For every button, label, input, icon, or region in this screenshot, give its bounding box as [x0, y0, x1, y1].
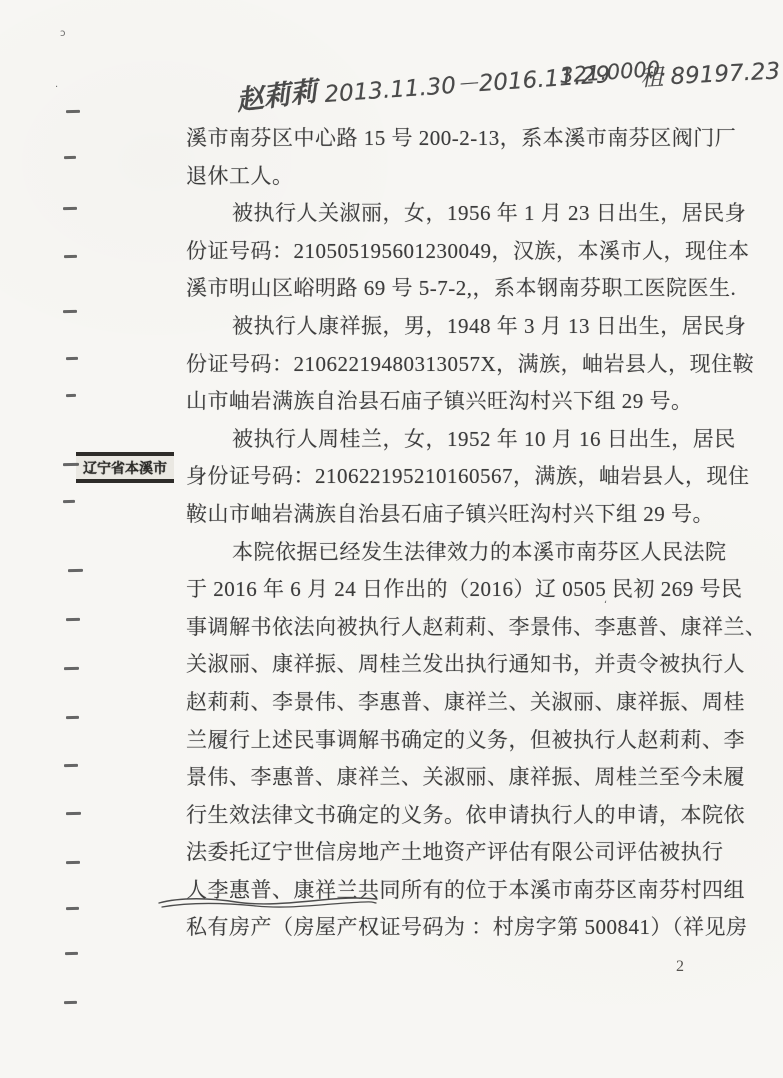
- margin-dash-mark: [63, 207, 77, 210]
- margin-dash-mark: [66, 394, 76, 397]
- margin-dash-mark: [65, 952, 78, 955]
- scan-artifact: ʻ: [604, 600, 607, 611]
- page-number: 2: [676, 958, 684, 976]
- province-city-stamp: 辽宁省本溪市: [76, 452, 174, 483]
- body-text-line: 法委托辽宁世信房地产土地资产评估有限公司评估被执行: [186, 834, 720, 872]
- margin-dash-mark: [63, 500, 75, 503]
- margin-dash-mark: [66, 907, 79, 910]
- margin-dash-mark: [66, 110, 80, 113]
- margin-dash-mark: [63, 463, 79, 466]
- body-text-line: 鞍山市岫岩满族自治县石庙子镇兴旺沟村兴下组 29 号。: [186, 496, 720, 534]
- margin-dash-mark: [66, 716, 79, 719]
- body-text-line: 被执行人关淑丽，女，1956 年 1 月 23 日出生，居民身: [186, 195, 720, 233]
- body-text-line: 事调解书依法向被执行人赵莉莉、李景伟、李惠普、康祥兰、: [186, 609, 720, 647]
- body-text-line: 山市岫岩满族自治县石庙子镇兴旺沟村兴下组 29 号。: [186, 383, 720, 421]
- document-body-text: 溪市南芬区中心路 15 号 200-2-13，系本溪市南芬区阀门厂退休工人。被执…: [186, 120, 720, 947]
- body-text-line: 份证号码：21062219480313057X，满族，岫岩县人，现住鞍: [186, 346, 720, 384]
- margin-dash-mark: [64, 667, 79, 670]
- body-text-line: 私有房产（房屋产权证号码为 ：村房字第 500841）（祥见房: [186, 909, 720, 947]
- handwritten-figure-2: 租 89197.23: [639, 52, 781, 92]
- handwritten-name: 赵莉莉: [234, 69, 319, 118]
- margin-dash-mark: [64, 156, 76, 159]
- margin-dash-mark: [64, 255, 77, 258]
- body-text-line: 赵莉莉、李景伟、李惠普、康祥兰、关淑丽、康祥振、周桂: [186, 684, 720, 722]
- scan-artifact: ·: [55, 82, 58, 93]
- body-text-line: 溪市明山区峪明路 69 号 5-7-2,，系本钢南芬职工医院医生.: [186, 270, 720, 308]
- body-text-line: 本院依据已经发生法律效力的本溪市南芬区人民法院: [186, 534, 720, 572]
- stamp-text: 辽宁省本溪市: [83, 458, 167, 478]
- body-text-line: 溪市南芬区中心路 15 号 200-2-13，系本溪市南芬区阀门厂: [186, 120, 720, 158]
- margin-dash-mark: [66, 357, 78, 360]
- body-text-line: 于 2016 年 6 月 24 日作出的（2016）辽 0505 民初 269 …: [186, 571, 720, 609]
- margin-dash-mark: [68, 569, 83, 572]
- body-text-line: 被执行人康祥振，男，1948 年 3 月 13 日出生，居民身: [186, 308, 720, 346]
- body-text-line: 关淑丽、康祥振、周桂兰发出执行通知书，并责令被执行人: [186, 646, 720, 684]
- scanned-court-document-page: 赵莉莉 2013.11.30－2016.11.29 321.0000. 租 89…: [0, 0, 783, 1078]
- body-text-line: 份证号码：210505195601230049，汉族，本溪市人，现住本: [186, 233, 720, 271]
- scan-artifact: ↄ: [60, 28, 66, 39]
- margin-dash-mark: [66, 812, 81, 815]
- body-text-line: 被执行人周桂兰，女，1952 年 10 月 16 日出生，居民: [186, 421, 720, 459]
- wavy-underline-annotation: [156, 894, 380, 910]
- margin-dash-mark: [66, 861, 80, 864]
- margin-dash-mark: [64, 764, 78, 767]
- body-text-line: 身份证号码：210622195210160567，满族，岫岩县人，现住: [186, 458, 720, 496]
- body-text-line: 行生效法律文书确定的义务。依申请执行人的申请，本院依: [186, 797, 720, 835]
- margin-dash-mark: [63, 310, 77, 313]
- body-text-line: 兰履行上述民事调解书确定的义务，但被执行人赵莉莉、李: [186, 722, 720, 760]
- margin-dash-mark: [66, 618, 80, 621]
- margin-dash-mark: [64, 1001, 77, 1004]
- body-text-line: 退休工人。: [186, 158, 720, 196]
- body-text-line: 景伟、李惠普、康祥兰、关淑丽、康祥振、周桂兰至今未履: [186, 759, 720, 797]
